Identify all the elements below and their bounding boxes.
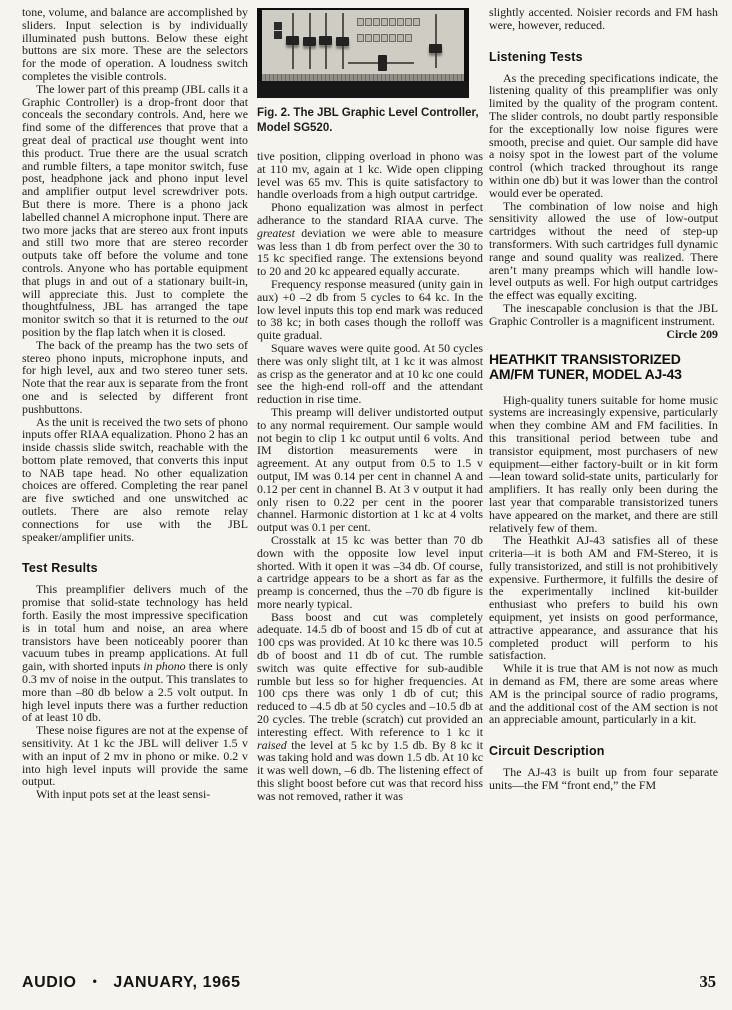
paragraph: While it is true that AM is not now as m…: [489, 662, 718, 726]
slider-knob: [286, 36, 299, 45]
paragraph: Frequency response measured (unity gain …: [257, 278, 483, 342]
drop-front-door: [257, 81, 469, 98]
paragraph: With input pots set at the least sensi-: [22, 788, 248, 801]
journal-name: AUDIO: [22, 974, 77, 991]
paragraph: As the unit is received the two sets of …: [22, 416, 248, 544]
paragraph: The back of the preamp has the two sets …: [22, 339, 248, 416]
paragraph: This preamp will deliver undistorted out…: [257, 406, 483, 534]
pushbutton: [389, 18, 396, 26]
paragraph: Phono equalization was almost in perfect…: [257, 201, 483, 278]
panel-front-edge: [262, 74, 464, 81]
slider-knob: [429, 44, 442, 53]
pushbutton: [405, 34, 412, 42]
slider-knob: [319, 36, 332, 45]
issue-date: JANUARY, 1965: [113, 974, 240, 991]
pushbutton: [381, 18, 388, 26]
paragraph: As the preceding specifications indicate…: [489, 72, 718, 200]
column-middle: Fig. 2. The JBL Graphic Level Controller…: [257, 6, 483, 803]
paragraph: This preamplifier delivers much of the p…: [22, 583, 248, 724]
paragraph: These noise figures are not at the expen…: [22, 724, 248, 788]
bullet-separator: •: [93, 974, 98, 988]
horizontal-slider-knob: [378, 55, 387, 71]
heading-listening-tests: Listening Tests: [489, 50, 718, 64]
pushbutton: [389, 34, 396, 42]
controller-panel: [262, 10, 464, 74]
slider-knob: [336, 37, 349, 46]
magazine-page: tone, volume, and balance are accomplish…: [0, 0, 732, 1010]
slider-track: [435, 14, 437, 68]
pushbutton: [373, 18, 380, 26]
paragraph: The inescapable conclusion is that the J…: [489, 302, 718, 328]
paragraph: tone, volume, and balance are accomplish…: [22, 6, 248, 83]
paragraph: The Heathkit AJ-43 satisfies all of thes…: [489, 534, 718, 662]
paragraph: High-quality tuners suitable for home mu…: [489, 394, 718, 535]
paragraph: The combination of low noise and high se…: [489, 200, 718, 302]
journal-issue-line: AUDIO•JANUARY, 1965: [22, 974, 241, 992]
pushbutton: [397, 34, 404, 42]
page-footer: AUDIO•JANUARY, 1965 35: [22, 972, 716, 992]
figure-2-caption: Fig. 2. The JBL Graphic Level Controller…: [257, 106, 483, 136]
paragraph: The AJ-43 is built up from four separate…: [489, 766, 718, 792]
pushbutton: [397, 18, 404, 26]
column-right: slightly accented. Noisier records and F…: [489, 6, 718, 792]
paragraph: Bass boost and cut was completely adequa…: [257, 611, 483, 803]
page-number: 35: [700, 972, 717, 992]
pushbutton: [365, 34, 372, 42]
reader-service-number: Circle 209: [652, 328, 718, 341]
paragraph: Square waves were quite good. At 50 cycl…: [257, 342, 483, 406]
pushbutton: [381, 34, 388, 42]
balance-knob-upper: [274, 22, 282, 30]
pushbutton: [413, 18, 420, 26]
pushbutton: [405, 18, 412, 26]
paragraph: The lower part of this preamp (JBL calls…: [22, 83, 248, 339]
paragraph: Crosstalk at 15 kc was better than 70 db…: [257, 534, 483, 611]
paragraph: slightly accented. Noisier records and F…: [489, 6, 718, 32]
pushbutton: [365, 18, 372, 26]
heading-test-results: Test Results: [22, 561, 248, 575]
pushbutton: [357, 34, 364, 42]
column-middle-text: tive position, clipping overload in phon…: [257, 150, 483, 803]
heading-circuit-description: Circuit Description: [489, 744, 718, 758]
pushbutton: [373, 34, 380, 42]
column-left: tone, volume, and balance are accomplish…: [22, 6, 248, 801]
pushbutton: [357, 18, 364, 26]
slider-knob: [303, 37, 316, 46]
balance-knob-lower: [274, 31, 282, 39]
heading-heathkit-tuner: HEATHKIT TRANSISTORIZED AM/FM TUNER, MOD…: [489, 352, 718, 383]
jbl-sg520-photo: [257, 8, 469, 98]
figure-2: Fig. 2. The JBL Graphic Level Controller…: [257, 8, 483, 136]
paragraph: tive position, clipping overload in phon…: [257, 150, 483, 201]
